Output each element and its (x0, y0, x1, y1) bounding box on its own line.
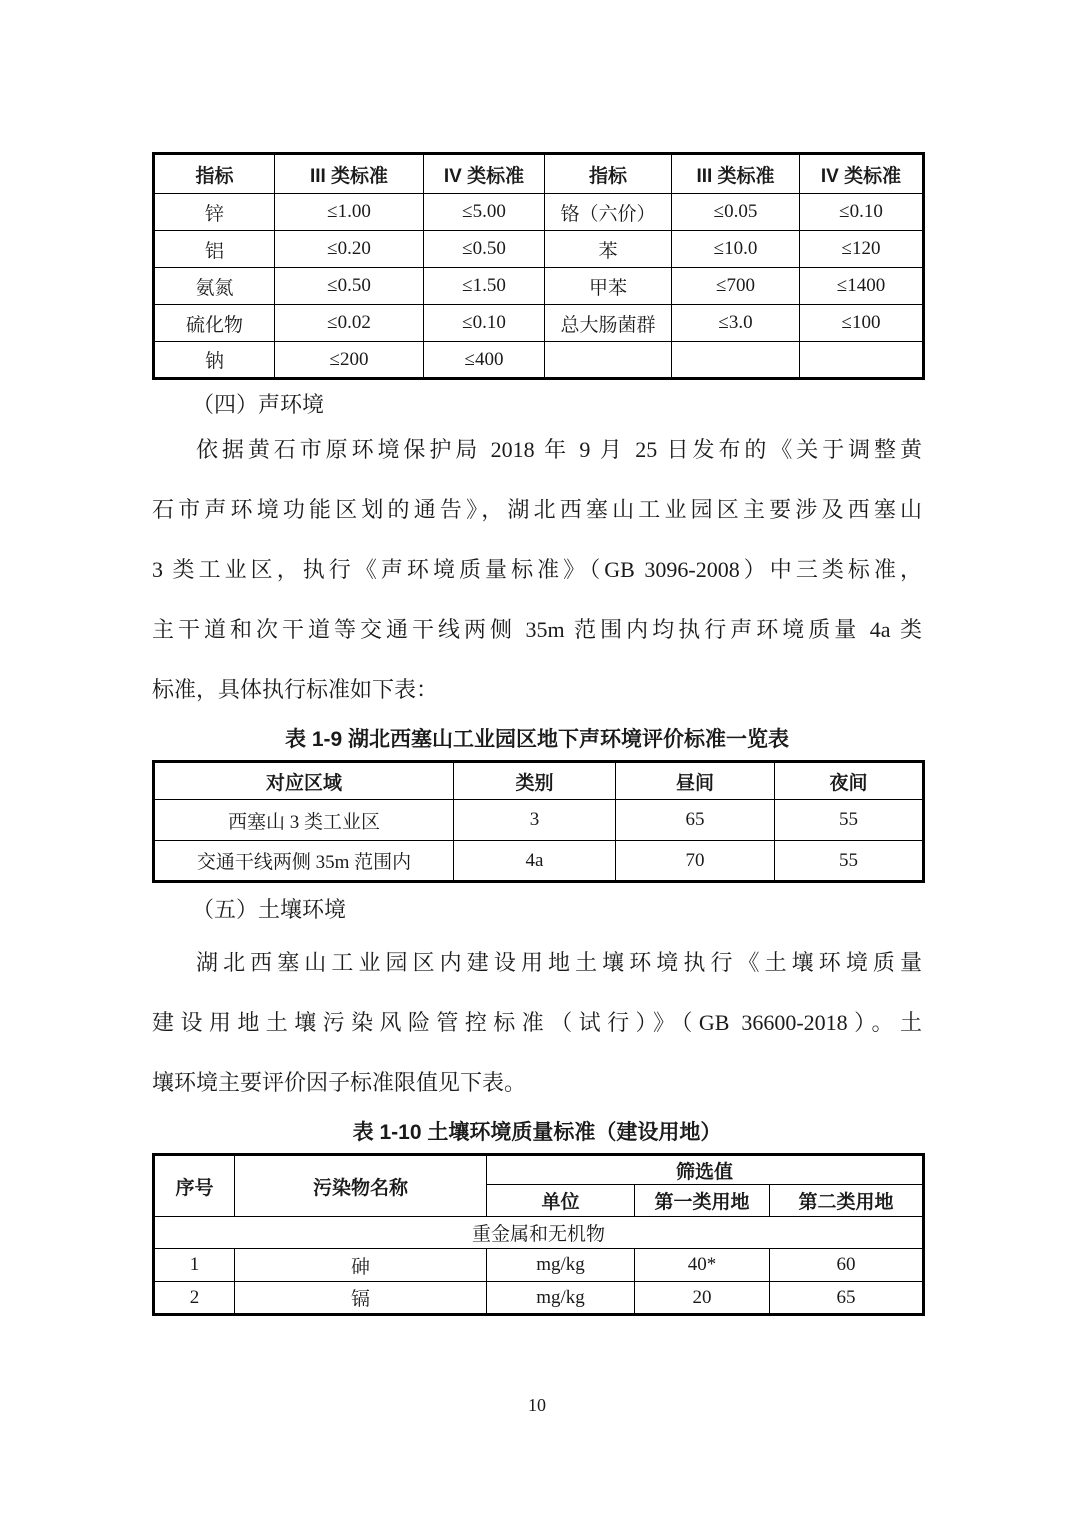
table-category-row: 重金属和无机物 (154, 1217, 924, 1249)
table-cell: ≤120 (800, 231, 924, 268)
section-5-heading: （五）土壤环境 (152, 895, 922, 925)
table-cell: ≤0.10 (424, 305, 545, 342)
table-cell: mg/kg (487, 1282, 635, 1315)
column-header: 指标 (545, 154, 672, 194)
table-cell: 1 (154, 1249, 235, 1282)
table-row: 硫化物 ≤0.02 ≤0.10 总大肠菌群 ≤3.0 ≤100 (154, 305, 924, 342)
table-cell: 锌 (154, 194, 275, 231)
column-header: 类别 (454, 762, 616, 800)
table-cell: ≤0.05 (672, 194, 800, 231)
column-header: IV 类标准 (800, 154, 924, 194)
soil-standards-table: 序号 污染物名称 筛选值 单位 第一类用地 第二类用地 重金属和无机物 1 砷 … (152, 1153, 925, 1316)
column-header: 夜间 (775, 762, 924, 800)
table-cell: 60 (770, 1249, 924, 1282)
table-cell: ≤700 (672, 268, 800, 305)
table-cell: 65 (770, 1282, 924, 1315)
table-cell (800, 342, 924, 379)
column-header: III 类标准 (672, 154, 800, 194)
column-header: 序号 (154, 1155, 235, 1217)
table-cell (672, 342, 800, 379)
paragraph-line: 主干道和次干道等交通干线两侧 35m 范围内均执行声环境质量 4a 类 (152, 600, 922, 660)
table-cell: 70 (616, 841, 775, 882)
section-4-paragraph: 依据黄石市原环境保护局 2018 年 9 月 25 日发布的《关于调整黄 石市声… (152, 420, 922, 720)
table-cell: ≤10.0 (672, 231, 800, 268)
column-header: 单位 (487, 1185, 635, 1217)
column-header: IV 类标准 (424, 154, 545, 194)
table-cell: 20 (635, 1282, 770, 1315)
table-cell: 4a (454, 841, 616, 882)
section-4-heading: （四）声环境 (152, 390, 922, 420)
table-cell: ≤0.10 (800, 194, 924, 231)
table-cell: ≤0.02 (275, 305, 424, 342)
table-row: 铝 ≤0.20 ≤0.50 苯 ≤10.0 ≤120 (154, 231, 924, 268)
column-header: 第二类用地 (770, 1185, 924, 1217)
section-5-paragraph: 湖北西塞山工业园区内建设用地土壤环境执行《土壤环境质量 建设用地土壤污染风险管控… (152, 933, 922, 1113)
table-cell: 砷 (235, 1249, 487, 1282)
table-row: 氨氮 ≤0.50 ≤1.50 甲苯 ≤700 ≤1400 (154, 268, 924, 305)
table-cell: ≤200 (275, 342, 424, 379)
table-row: 锌 ≤1.00 ≤5.00 铬（六价） ≤0.05 ≤0.10 (154, 194, 924, 231)
water-quality-standards-table: 指标 III 类标准 IV 类标准 指标 III 类标准 IV 类标准 锌 ≤1… (152, 152, 925, 380)
table-cell: 55 (775, 841, 924, 882)
table-header-row: 指标 III 类标准 IV 类标准 指标 III 类标准 IV 类标准 (154, 154, 924, 194)
table-cell: ≤0.50 (424, 231, 545, 268)
table-cell: 铝 (154, 231, 275, 268)
table-cell: 甲苯 (545, 268, 672, 305)
column-header: 昼间 (616, 762, 775, 800)
category-cell: 重金属和无机物 (154, 1217, 924, 1249)
table-cell: 铬（六价） (545, 194, 672, 231)
paragraph-line: 3 类工业区，执行《声环境质量标准》（GB 3096-2008）中三类标准， (152, 540, 922, 600)
table-cell: 钠 (154, 342, 275, 379)
table-cell: 总大肠菌群 (545, 305, 672, 342)
column-group-header: 筛选值 (487, 1155, 924, 1185)
table-cell: 硫化物 (154, 305, 275, 342)
page-number: 10 (152, 1394, 922, 1416)
paragraph-line: 建设用地土壤污染风险管控标准（试行）》（GB 36600-2018）。土 (152, 993, 922, 1053)
table-1-9-title: 表 1-9 湖北西塞山工业园区地下声环境评价标准一览表 (152, 720, 922, 760)
table-row: 钠 ≤200 ≤400 (154, 342, 924, 379)
column-header: 指标 (154, 154, 275, 194)
paragraph-line: 石市声环境功能区划的通告》，湖北西塞山工业园区主要涉及西塞山 (152, 480, 922, 540)
table-cell: 苯 (545, 231, 672, 268)
table-cell: ≤1400 (800, 268, 924, 305)
table-cell: mg/kg (487, 1249, 635, 1282)
table-row: 1 砷 mg/kg 40* 60 (154, 1249, 924, 1282)
table-cell (545, 342, 672, 379)
table-cell: 交通干线两侧 35m 范围内 (154, 841, 454, 882)
column-header: 污染物名称 (235, 1155, 487, 1217)
column-header: 第一类用地 (635, 1185, 770, 1217)
table-cell: 65 (616, 800, 775, 841)
table-cell: ≤0.20 (275, 231, 424, 268)
table-cell: ≤0.50 (275, 268, 424, 305)
table-cell: 西塞山 3 类工业区 (154, 800, 454, 841)
table-cell: 55 (775, 800, 924, 841)
paragraph-line: 依据黄石市原环境保护局 2018 年 9 月 25 日发布的《关于调整黄 (152, 420, 922, 480)
paragraph-line: 标准，具体执行标准如下表： (152, 660, 922, 720)
document-page: 指标 III 类标准 IV 类标准 指标 III 类标准 IV 类标准 锌 ≤1… (0, 0, 1074, 1520)
table-cell: ≤3.0 (672, 305, 800, 342)
table-cell: ≤100 (800, 305, 924, 342)
table-cell: ≤5.00 (424, 194, 545, 231)
column-header: 对应区域 (154, 762, 454, 800)
table-header-row: 对应区域 类别 昼间 夜间 (154, 762, 924, 800)
table-row: 2 镉 mg/kg 20 65 (154, 1282, 924, 1315)
table-row: 交通干线两侧 35m 范围内 4a 70 55 (154, 841, 924, 882)
table-cell: 3 (454, 800, 616, 841)
paragraph-line: 壤环境主要评价因子标准限值见下表。 (152, 1053, 922, 1113)
column-header: III 类标准 (275, 154, 424, 194)
noise-standards-table: 对应区域 类别 昼间 夜间 西塞山 3 类工业区 3 65 55 交通干线两侧 … (152, 760, 925, 883)
table-cell: ≤1.50 (424, 268, 545, 305)
table-cell: ≤1.00 (275, 194, 424, 231)
table-row: 西塞山 3 类工业区 3 65 55 (154, 800, 924, 841)
table-cell: 2 (154, 1282, 235, 1315)
table-cell: 镉 (235, 1282, 487, 1315)
table-cell: 氨氮 (154, 268, 275, 305)
table-cell: ≤400 (424, 342, 545, 379)
paragraph-line: 湖北西塞山工业园区内建设用地土壤环境执行《土壤环境质量 (152, 933, 922, 993)
table-cell: 40* (635, 1249, 770, 1282)
table-1-10-title: 表 1-10 土壤环境质量标准（建设用地） (152, 1113, 922, 1153)
table-header-row: 序号 污染物名称 筛选值 (154, 1155, 924, 1185)
